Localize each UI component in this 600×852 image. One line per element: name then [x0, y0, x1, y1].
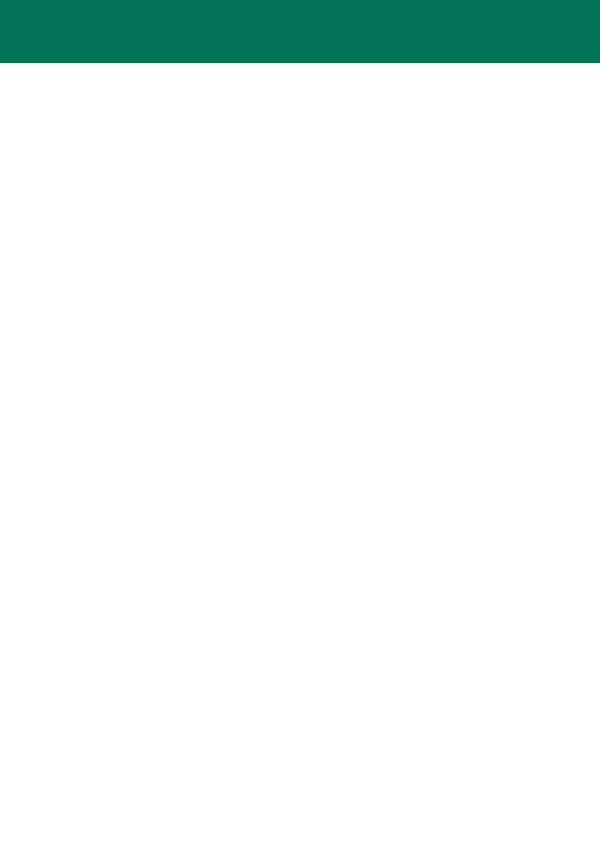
title-zh	[0, 0, 600, 6]
announcement-header	[0, 0, 600, 63]
